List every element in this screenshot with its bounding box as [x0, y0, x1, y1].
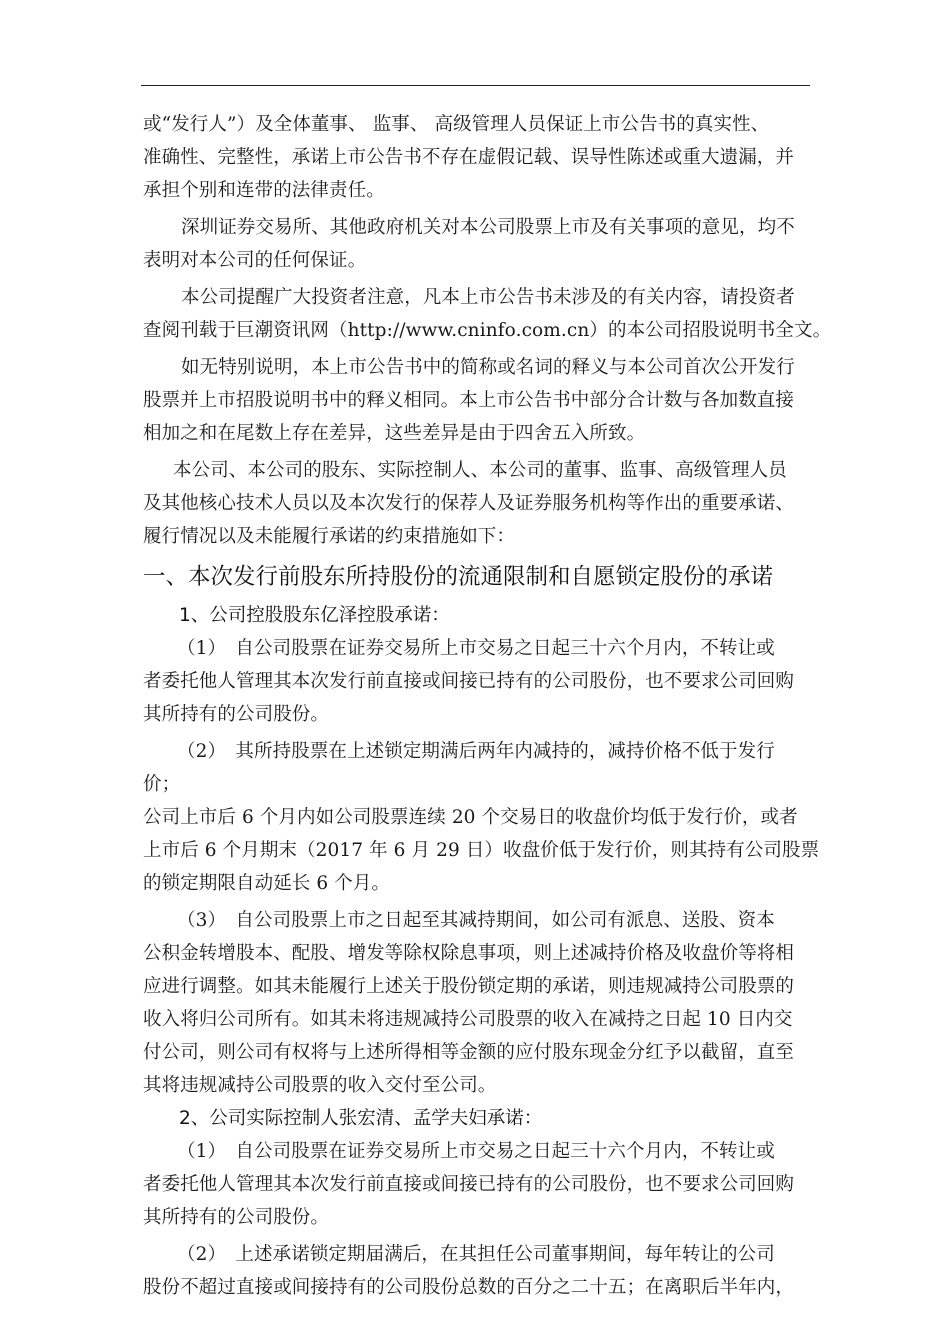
text-line: 承担个别和连带的法律责任。 [143, 174, 815, 207]
text-line: 的锁定期限自动延长 6 个月。 [143, 867, 815, 900]
paragraph-investor-notice: 本公司提醒广大投资者注意，凡本上市公告书未涉及的有关内容，请投资者 查阅刊载于巨… [143, 281, 815, 347]
text-line: 其所持有的公司股份。 [143, 698, 815, 731]
text-line: 表明对本公司的任何保证。 [143, 244, 815, 277]
text-line: 履行情况以及未能履行承诺的约束措施如下： [143, 520, 815, 553]
document-page: 或“发行人”）及全体董事、 监事、 高级管理人员保证上市公告书的真实性、 准确性… [0, 0, 950, 1344]
text-line: 公司上市后 6 个月内如公司股票连续 20 个交易日的收盘价均低于发行价，或者 [143, 801, 815, 834]
text-line: 者委托他人管理其本次发行前直接或间接已持有的公司股份，也不要求公司回购 [143, 1168, 815, 1201]
text-line: （3） 自公司股票上市之日起至其减持期间，如公司有派息、送股、资本 [143, 904, 815, 937]
text-line: 及其他核心技术人员以及本次发行的保荐人及证券服务机构等作出的重要承诺、 [143, 487, 815, 520]
text-line: 深圳证券交易所、其他政府机关对本公司股票上市及有关事项的意见，均不 [143, 211, 815, 244]
text-line: 查阅刊载于巨潮资讯网（http://www.cninfo.com.cn）的本公司… [143, 314, 815, 347]
subsection-heading: 1、公司控股股东亿泽控股承诺： [143, 599, 815, 632]
section-heading: 一、本次发行前股东所持股份的流通限制和自愿锁定股份的承诺 [143, 557, 815, 597]
text-line: 其将违规减持公司股票的收入交付至公司。 [143, 1069, 815, 1102]
text-line: 付公司，则公司有权将与上述所得相等金额的应付股东现金分红予以截留，直至 [143, 1036, 815, 1069]
text-line: 股份不超过直接或间接持有的公司股份总数的百分之二十五；在离职后半年内， [143, 1271, 815, 1304]
text-line: 准确性、完整性，承诺上市公告书不存在虚假记载、误导性陈述或重大遗漏，并 [143, 141, 815, 174]
text-line: 价； [143, 768, 815, 801]
text-line: （2） 上述承诺锁定期届满后，在其担任公司董事期间，每年转让的公司 [143, 1238, 815, 1271]
commitment-item: （3） 自公司股票上市之日起至其减持期间，如公司有派息、送股、资本 公积金转增股… [143, 904, 815, 1102]
text-line: （2） 其所持股票在上述锁定期满后两年内减持的，减持价格不低于发行 [143, 735, 815, 768]
paragraph-commitments-intro: 本公司、本公司的股东、实际控制人、本公司的董事、监事、高级管理人员 及其他核心技… [143, 454, 815, 553]
paragraph-responsibility: 或“发行人”）及全体董事、 监事、 高级管理人员保证上市公告书的真实性、 准确性… [143, 108, 815, 207]
commitment-item: （2） 其所持股票在上述锁定期满后两年内减持的，减持价格不低于发行 价； 公司上… [143, 735, 815, 900]
text-line: 如无特别说明，本上市公告书中的简称或名词的释义与本公司首次公开发行 [143, 351, 815, 384]
text-line: 或“发行人”）及全体董事、 监事、 高级管理人员保证上市公告书的真实性、 [143, 108, 815, 141]
text-line: 收入将归公司所有。如其未将违规减持公司股票的收入在减持之日起 10 日内交 [143, 1003, 815, 1036]
text-line: 相加之和在尾数上存在差异，这些差异是由于四舍五入所致。 [143, 417, 815, 450]
text-line: 股票并上市招股说明书中的释义相同。本上市公告书中部分合计数与各加数直接 [143, 384, 815, 417]
document-body: 或“发行人”）及全体董事、 监事、 高级管理人员保证上市公告书的真实性、 准确性… [143, 108, 815, 1304]
commitment-item: （1） 自公司股票在证券交易所上市交易之日起三十六个月内，不转让或 者委托他人管… [143, 632, 815, 731]
text-line: 公积金转增股本、配股、增发等除权除息事项，则上述减持价格及收盘价等将相 [143, 937, 815, 970]
paragraph-definitions: 如无特别说明，本上市公告书中的简称或名词的释义与本公司首次公开发行 股票并上市招… [143, 351, 815, 450]
commitment-item: （2） 上述承诺锁定期届满后，在其担任公司董事期间，每年转让的公司 股份不超过直… [143, 1238, 815, 1304]
text-line: 应进行调整。如其未能履行上述关于股份锁定期的承诺，则违规减持公司股票的 [143, 970, 815, 1003]
text-line: 本公司、本公司的股东、实际控制人、本公司的董事、监事、高级管理人员 [143, 454, 815, 487]
commitment-item: （1） 自公司股票在证券交易所上市交易之日起三十六个月内，不转让或 者委托他人管… [143, 1135, 815, 1234]
paragraph-exchange-disclaimer: 深圳证券交易所、其他政府机关对本公司股票上市及有关事项的意见，均不 表明对本公司… [143, 211, 815, 277]
text-line: 其所持有的公司股份。 [143, 1201, 815, 1234]
text-line: （1） 自公司股票在证券交易所上市交易之日起三十六个月内，不转让或 [143, 1135, 815, 1168]
header-rule [141, 85, 810, 86]
text-line: 本公司提醒广大投资者注意，凡本上市公告书未涉及的有关内容，请投资者 [143, 281, 815, 314]
text-line: （1） 自公司股票在证券交易所上市交易之日起三十六个月内，不转让或 [143, 632, 815, 665]
subsection-heading: 2、公司实际控制人张宏清、孟学夫妇承诺： [143, 1102, 815, 1135]
text-line: 上市后 6 个月期末（2017 年 6 月 29 日）收盘价低于发行价，则其持有… [143, 834, 815, 867]
text-line: 者委托他人管理其本次发行前直接或间接已持有的公司股份，也不要求公司回购 [143, 665, 815, 698]
